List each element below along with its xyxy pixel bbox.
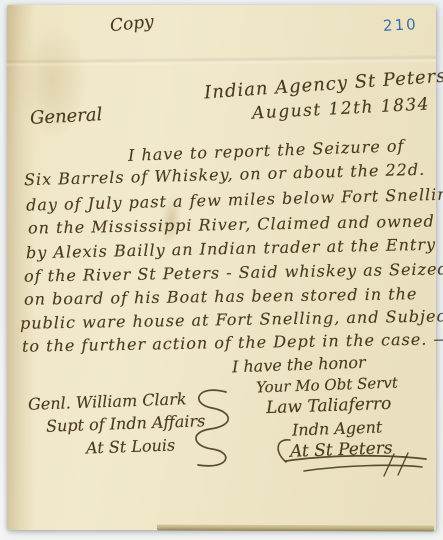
signature-title: Indn Agent (292, 417, 383, 439)
stacked-sheet-edges (157, 525, 434, 532)
address-bracket-flourish (182, 386, 240, 472)
page-number: 210 (383, 15, 419, 35)
salutation: General (30, 104, 103, 129)
scanned-letter: Copy 210 Indian Agency St Peters August … (0, 0, 443, 540)
signature-underline-flourish (282, 452, 430, 478)
address-line-3: At St Louis (86, 435, 176, 457)
